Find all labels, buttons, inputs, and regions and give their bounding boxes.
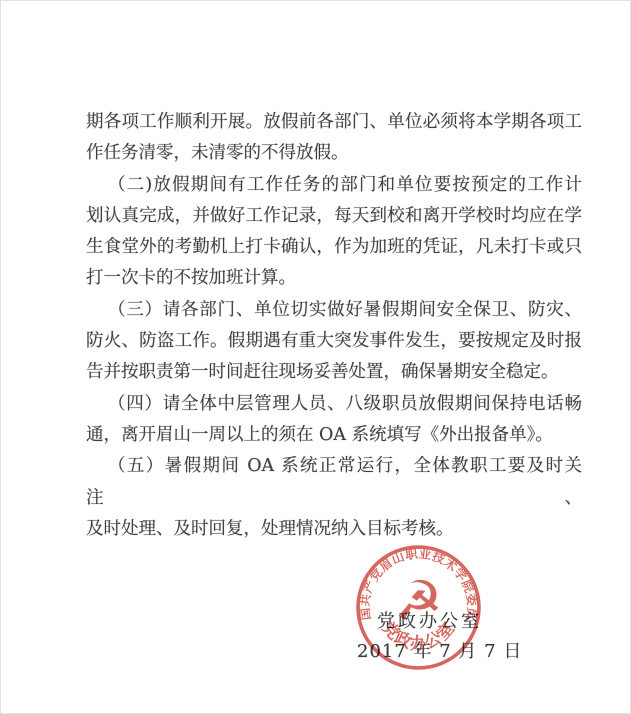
text-line: 生食堂外的考勤机上打卡确认，作为加班的凭证，凡未打卡或只 (86, 232, 582, 263)
text-line: （五）暑假期间 OA 系统正常运行，全体教职工要及时关注、 (86, 451, 582, 514)
text-line: （三）请各部门、单位切实做好暑假期间安全保卫、防灾、 (86, 295, 582, 326)
text-line: 打一次卡的不按加班计算。 (86, 263, 582, 294)
official-seal: 中国共产党眉山职业技术学院委员会 ☭ 党政办公室 (353, 542, 484, 673)
hammer-sickle-icon: ☭ (394, 568, 443, 632)
text-line: （二)放假期间有工作任务的部门和单位要按预定的工作计 (86, 170, 582, 201)
text-line: 划认真完成，并做好工作记录，每天到校和离开学校时均应在学 (86, 201, 582, 232)
text-line: 及时处理、及时回复，处理情况纳入目标考核。 (86, 514, 582, 545)
text-line: 期各项工作顺利开展。放假前各部门、单位必须将本学期各项工 (86, 107, 582, 138)
text-line: 作任务清零，未清零的不得放假。 (86, 138, 582, 169)
document-page: 期各项工作顺利开展。放假前各部门、单位必须将本学期各项工 作任务清零，未清零的不… (0, 0, 631, 714)
text-line: （四）请全体中层管理人员、八级职员放假期间保持电话畅 (86, 389, 582, 420)
text-line: 通，离开眉山一周以上的须在 OA 系统填写《外出报备单》。 (86, 420, 582, 451)
text-line: 告并按职责第一时间赶往现场妥善处置，确保暑期安全稳定。 (86, 357, 582, 388)
text-line: 防火、防盗工作。假期遇有重大突发事件发生，要按规定及时报 (86, 326, 582, 357)
body-text: 期各项工作顺利开展。放假前各部门、单位必须将本学期各项工 作任务清零，未清零的不… (86, 107, 582, 545)
